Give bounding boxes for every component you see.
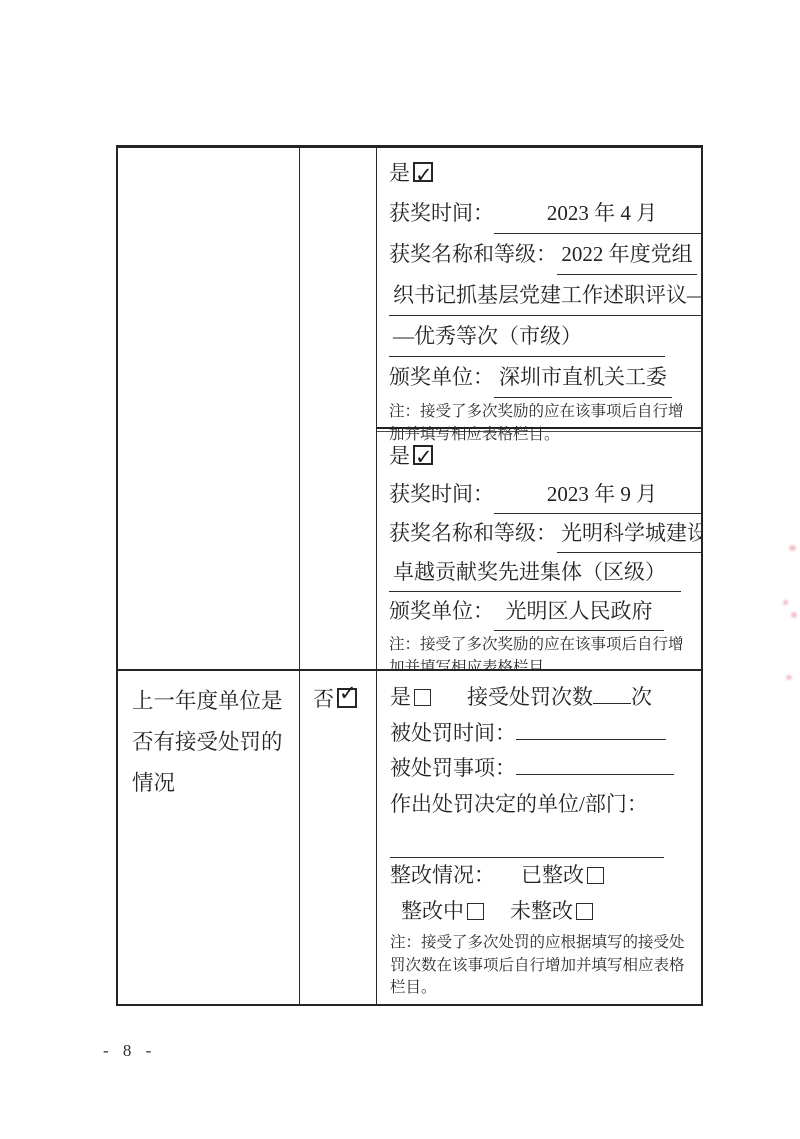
red-stamp-remnant [783, 600, 788, 605]
punishment-yes-label: 是 [390, 685, 411, 709]
award2-yes-label: 是 [389, 444, 410, 468]
punishment-row-label: 上一年度单位是 否有接受处罚的 情况 [118, 669, 300, 1004]
empty-checkbox-icon [467, 903, 484, 920]
punishment-count-suffix: 次 [631, 685, 652, 709]
empty-cell-left [118, 148, 300, 669]
punishment-count-label: 接受处罚次数 [467, 685, 593, 709]
red-stamp-remnant [786, 675, 792, 680]
rectify-label: 整改情况： [390, 863, 495, 887]
punishment-matter-label: 被处罚事项： [390, 756, 516, 780]
punishment-time-line: 被处罚时间： [390, 716, 697, 752]
checked-checkbox-icon: ✓ [337, 688, 357, 708]
empty-checkbox-icon [587, 867, 604, 884]
award2-name-line1: 获奖名称和等级：光明科学城建设 [389, 514, 697, 553]
punishment-row-label-line2: 否有接受处罚的 [132, 722, 289, 763]
punishment-matter-line: 被处罚事项： [390, 751, 697, 787]
award2-name-value-1: 光明科学城建设 [557, 514, 701, 553]
award1-name-line2: 织书记抓基层党建工作述职评议— [389, 275, 697, 316]
award1-time-value: 2023 年 4 月 [494, 193, 701, 234]
award1-unit-value: 深圳市直机关工委 [494, 357, 672, 398]
punishment-decision-label: 作出处罚决定的单位/部门： [390, 792, 648, 816]
award1-name-value-3: —优秀等次（市级） [389, 316, 665, 357]
form-table: 是✓ 获奖时间：2023 年 4 月 获奖名称和等级：2022 年度党组 织书记… [116, 145, 703, 1006]
award1-yes-line: 是✓ [389, 153, 697, 193]
punishment-matter-blank [516, 774, 674, 775]
award1-yes-label: 是 [389, 161, 410, 185]
award-entry-1: 是✓ 获奖时间：2023 年 4 月 获奖名称和等级：2022 年度党组 织书记… [377, 148, 701, 429]
award2-time-line: 获奖时间：2023 年 9 月 [389, 475, 697, 514]
award2-note-line2: 加并填写相应表格栏目。 [389, 657, 697, 670]
red-stamp-remnant [791, 612, 797, 618]
award2-unit-value: 光明区人民政府 [494, 592, 664, 631]
punishment-decision-line: 作出处罚决定的单位/部门： [390, 787, 697, 823]
red-stamp-remnant [789, 545, 796, 551]
rectifying-label: 整改中 [401, 899, 464, 923]
check-mark-icon: ✓ [415, 155, 433, 195]
award-entry-2: 是✓ 获奖时间：2023 年 9 月 获奖名称和等级：光明科学城建设 卓越贡献奖… [377, 431, 701, 669]
punishment-details: 是接受处罚次数次 被处罚时间： 被处罚事项： 作出处罚决定的单位/部门： 整改情… [377, 669, 701, 1004]
punishment-time-label: 被处罚时间： [390, 721, 516, 745]
award2-name-line2: 卓越贡献奖先进集体（区级） [389, 553, 697, 592]
award2-time-label: 获奖时间： [389, 482, 494, 506]
punishment-row-label-line3: 情况 [132, 763, 289, 804]
award2-unit-label: 颁奖单位： [389, 599, 494, 623]
award1-name-value-2: 织书记抓基层党建工作述职评议— [389, 275, 701, 316]
check-mark-icon: ✓ [339, 681, 357, 705]
award1-name-line1: 获奖名称和等级：2022 年度党组 [389, 234, 697, 275]
award1-unit-label: 颁奖单位： [389, 365, 494, 389]
award2-note-line1: 注：接受了多次奖励的应在该事项后自行增 [389, 634, 697, 657]
checked-checkbox-icon: ✓ [413, 162, 433, 182]
punishment-decision-blank [390, 832, 664, 858]
rectified-label: 已整改 [521, 863, 584, 887]
punishment-note-line2: 罚次数在该事项后自行增加并填写相应表格 [390, 955, 697, 978]
punishment-yes-line: 是接受处罚次数次 [390, 680, 697, 716]
award1-note-line1: 注：接受了多次奖励的应在该事项后自行增 [389, 401, 697, 424]
empty-checkbox-icon [576, 903, 593, 920]
rectify-status-line: 整改情况：已整改 [390, 858, 697, 894]
award1-name-label: 获奖名称和等级： [389, 242, 557, 266]
punishment-time-blank [516, 739, 666, 740]
not-rectified-label: 未整改 [510, 899, 573, 923]
award1-unit-line: 颁奖单位：深圳市直机关工委 [389, 357, 697, 398]
page-number: - 8 - [103, 1041, 156, 1061]
rectify-options-line: 整改中未整改 [390, 894, 697, 930]
award1-name-value-1: 2022 年度党组 [557, 234, 697, 275]
empty-checkbox-icon [414, 689, 431, 706]
punishment-note-line3: 栏目。 [390, 977, 697, 1000]
empty-cell-middle [300, 148, 377, 669]
award1-name-line3: —优秀等次（市级） [389, 316, 697, 357]
punishment-count-blank [593, 703, 631, 704]
award1-time-line: 获奖时间：2023 年 4 月 [389, 193, 697, 234]
award2-note: 注：接受了多次奖励的应在该事项后自行增 加并填写相应表格栏目。 [389, 634, 697, 669]
checked-checkbox-icon: ✓ [413, 445, 433, 465]
punishment-note: 注：接受了多次处罚的应根据填写的接受处 罚次数在该事项后自行增加并填写相应表格 … [390, 932, 697, 1000]
check-mark-icon: ✓ [415, 438, 433, 476]
award2-name-value-2: 卓越贡献奖先进集体（区级） [389, 553, 681, 592]
punishment-row-label-line1: 上一年度单位是 [132, 681, 289, 722]
award2-unit-line: 颁奖单位：光明区人民政府 [389, 592, 697, 631]
punishment-no-cell: 否✓ [300, 669, 377, 1004]
award1-time-label: 获奖时间： [389, 201, 494, 225]
award-column: 是✓ 获奖时间：2023 年 4 月 获奖名称和等级：2022 年度党组 织书记… [377, 148, 701, 669]
award2-name-label: 获奖名称和等级： [389, 521, 557, 545]
punishment-no-label: 否 [313, 687, 334, 711]
award2-time-value: 2023 年 9 月 [494, 475, 701, 514]
punishment-note-line1: 注：接受了多次处罚的应根据填写的接受处 [390, 932, 697, 955]
